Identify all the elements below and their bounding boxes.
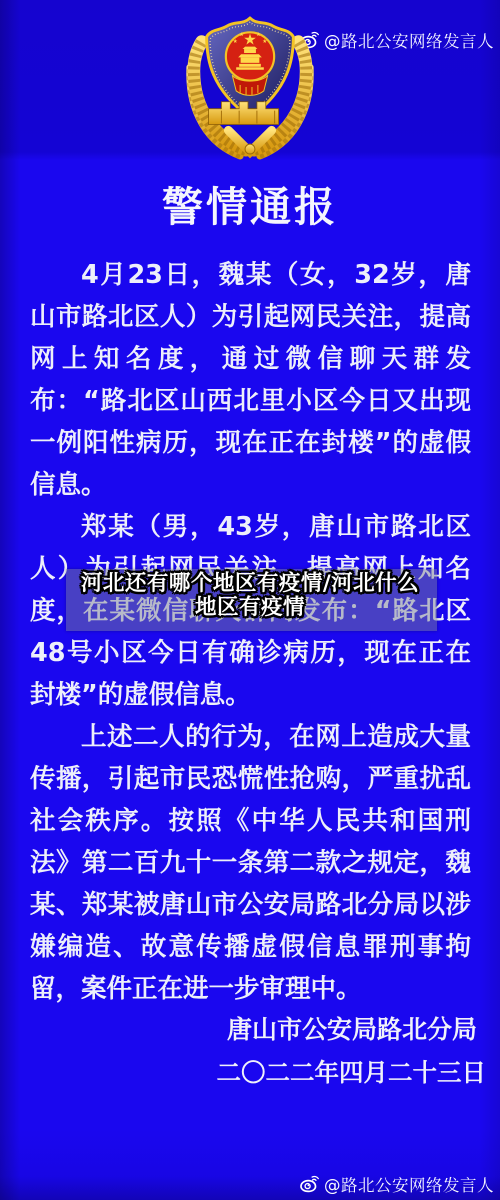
police-badge-icon xyxy=(181,12,319,162)
watermark-handle: @路北公安网络发言人 xyxy=(324,28,494,52)
watermark-handle: @路北公安网络发言人 xyxy=(324,1172,494,1196)
weibo-watermark-bottom: @路北公安网络发言人 xyxy=(299,1172,494,1196)
notice-paragraph-3: 上述二人的行为，在网上造成大量传播，引起市民恐慌性抢购，严重扰乱社会秩序。按照《… xyxy=(30,716,471,1010)
weibo-icon xyxy=(299,1175,319,1193)
signature-agency: 唐山市公安局路北分局 xyxy=(217,1008,487,1051)
notice-banner-title: 警情通报 xyxy=(0,174,500,233)
notice-body: 4月23日，魏某（女，32岁，唐山市路北区人）为引起网民关注，提高网上知名度，通… xyxy=(30,254,471,1010)
caption-overlay-title: 河北还有哪个地区有疫情/河北什么 地区有疫情 xyxy=(0,572,500,620)
signature-block: 唐山市公安局路北分局 二〇二二年四月二十三日 xyxy=(217,1008,487,1094)
caption-line-1: 河北还有哪个地区有疫情/河北什么 xyxy=(0,572,500,596)
notice-paragraph-1: 4月23日，魏某（女，32岁，唐山市路北区人）为引起网民关注，提高网上知名度，通… xyxy=(30,254,471,506)
police-notice-poster: { "notice": { "banner": "警情通报", "paragra… xyxy=(0,0,500,1200)
weibo-watermark-top: @路北公安网络发言人 xyxy=(299,28,494,52)
signature-date: 二〇二二年四月二十三日 xyxy=(217,1051,487,1094)
caption-line-2: 地区有疫情 xyxy=(0,596,500,620)
